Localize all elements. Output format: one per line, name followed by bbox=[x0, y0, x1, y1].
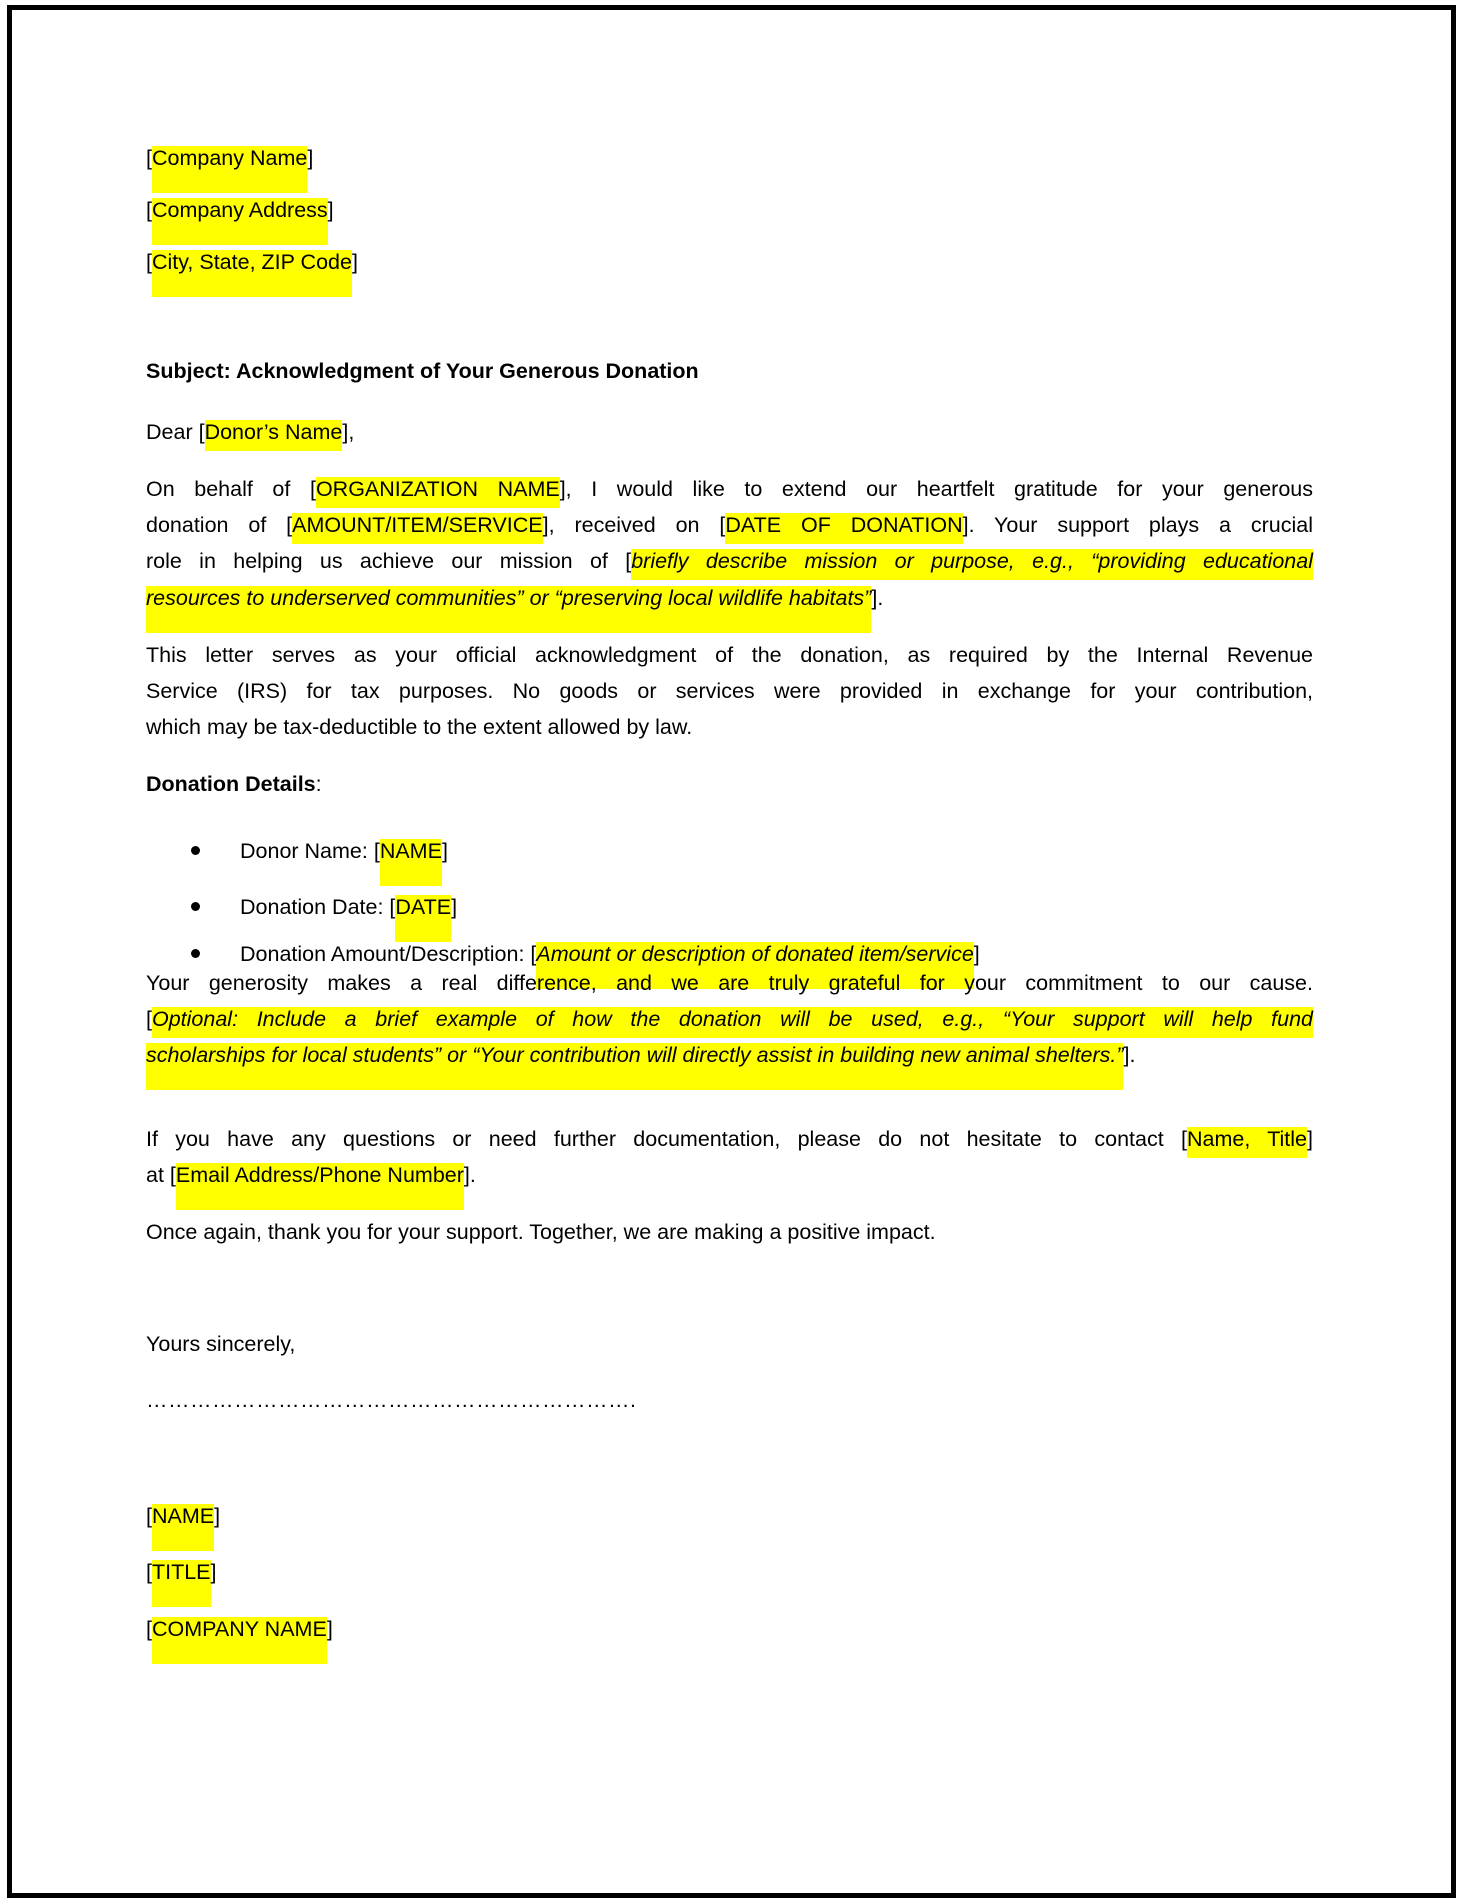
bullet-icon bbox=[191, 902, 200, 911]
paragraph2-line2: Service (IRS) for tax purposes. No goods… bbox=[146, 677, 1313, 706]
paragraph3-line1: Your generosity makes a real difference,… bbox=[146, 969, 1313, 998]
donation-details-heading: Donation Details: bbox=[146, 770, 1313, 799]
placeholder-signatory-name[interactable]: NAME bbox=[152, 1504, 214, 1551]
list-item-donation-amount: Donation Amount/Description: [Amount or … bbox=[240, 940, 1313, 969]
text: Donation Date: [ bbox=[240, 895, 395, 919]
signatory-company: [COMPANY NAME] bbox=[146, 1615, 1313, 1644]
text: at [ bbox=[146, 1163, 176, 1187]
text: ] bbox=[442, 839, 448, 863]
salutation-suffix: ], bbox=[342, 420, 354, 444]
heading-text: Donation Details bbox=[146, 772, 316, 796]
placeholder-donor-name[interactable]: NAME bbox=[380, 839, 442, 886]
placeholder-donation-date[interactable]: DATE bbox=[395, 895, 451, 942]
text: ], I would like to extend our heartfelt … bbox=[560, 477, 1313, 501]
signature-line: …………………………………………………………. bbox=[146, 1386, 1313, 1415]
text: ] bbox=[974, 942, 980, 966]
signatory-name: [NAME] bbox=[146, 1502, 1313, 1531]
sender-company-name: [Company Name] bbox=[146, 144, 1313, 173]
paragraph3-line2: [Optional: Include a brief example of ho… bbox=[146, 1005, 1313, 1034]
placeholder-organization-name[interactable]: ORGANIZATION NAME bbox=[316, 477, 560, 508]
paragraph1-line2: donation of [AMOUNT/ITEM/SERVICE], recei… bbox=[146, 511, 1313, 540]
paragraph3-line3: scholarships for local students” or “You… bbox=[146, 1041, 1313, 1070]
placeholder-mission-description[interactable]: briefly describe mission or purpose, e.g… bbox=[631, 549, 1313, 580]
list-item-donation-date: Donation Date: [DATE] bbox=[240, 893, 1313, 922]
text: ], received on [ bbox=[543, 513, 726, 537]
placeholder-company-name[interactable]: Company Name bbox=[152, 146, 307, 193]
paragraph4-line1: If you have any questions or need furthe… bbox=[146, 1125, 1313, 1154]
closing-line: Once again, thank you for your support. … bbox=[146, 1218, 1313, 1247]
placeholder-mission-description-cont[interactable]: resources to underserved communities” or… bbox=[146, 586, 871, 633]
paragraph2-line3: which may be tax-deductible to the exten… bbox=[146, 713, 1313, 742]
placeholder-contact-name-title[interactable]: Name, Title bbox=[1187, 1127, 1307, 1158]
text: donation of [ bbox=[146, 513, 292, 537]
paragraph4-line2: at [Email Address/Phone Number]. bbox=[146, 1161, 1313, 1190]
text: ]. bbox=[1123, 1043, 1135, 1067]
bullet-icon bbox=[191, 949, 200, 958]
sender-city-state-zip: [City, State, ZIP Code] bbox=[146, 248, 1313, 277]
text: ] bbox=[451, 895, 457, 919]
text: ]. bbox=[871, 586, 883, 610]
placeholder-company-address[interactable]: Company Address bbox=[152, 198, 328, 245]
sender-company-address: [Company Address] bbox=[146, 196, 1313, 225]
text: On behalf of [ bbox=[146, 477, 316, 501]
placeholder-signatory-company[interactable]: COMPANY NAME bbox=[152, 1617, 327, 1664]
text: If you have any questions or need furthe… bbox=[146, 1127, 1187, 1151]
signatory-title: [TITLE] bbox=[146, 1558, 1313, 1587]
salutation-prefix: Dear [ bbox=[146, 420, 205, 444]
placeholder-city-state-zip[interactable]: City, State, ZIP Code bbox=[152, 250, 352, 297]
bullet-icon bbox=[191, 846, 200, 855]
paragraph2-line1: This letter serves as your official ackn… bbox=[146, 641, 1313, 670]
text: ] bbox=[1307, 1127, 1313, 1151]
subject-line: Subject: Acknowledgment of Your Generous… bbox=[146, 357, 1313, 386]
text: ]. Your support plays a crucial bbox=[963, 513, 1313, 537]
paragraph1-line3: role in helping us achieve our mission o… bbox=[146, 547, 1313, 576]
placeholder-amount-item-service[interactable]: AMOUNT/ITEM/SERVICE bbox=[292, 513, 542, 544]
text: ]. bbox=[464, 1163, 476, 1187]
paragraph1-line1: On behalf of [ORGANIZATION NAME], I woul… bbox=[146, 475, 1313, 504]
sign-off: Yours sincerely, bbox=[146, 1330, 1313, 1359]
placeholder-signatory-title[interactable]: TITLE bbox=[152, 1560, 211, 1607]
list-item-donor-name: Donor Name: [NAME] bbox=[240, 837, 1313, 866]
placeholder-date-of-donation[interactable]: DATE OF DONATION bbox=[725, 513, 962, 544]
heading-colon: : bbox=[316, 772, 322, 796]
text: Donation Amount/Description: [ bbox=[240, 942, 536, 966]
placeholder-optional-example-cont[interactable]: scholarships for local students” or “You… bbox=[146, 1043, 1123, 1090]
text: Donor Name: [ bbox=[240, 839, 380, 863]
placeholder-optional-example[interactable]: Optional: Include a brief example of how… bbox=[152, 1007, 1313, 1038]
text: role in helping us achieve our mission o… bbox=[146, 549, 631, 573]
placeholder-contact-details[interactable]: Email Address/Phone Number bbox=[176, 1163, 464, 1210]
paragraph1-line4: resources to underserved communities” or… bbox=[146, 584, 1313, 613]
placeholder-donors-name[interactable]: Donor’s Name bbox=[205, 420, 343, 451]
salutation: Dear [Donor’s Name], bbox=[146, 418, 1313, 447]
